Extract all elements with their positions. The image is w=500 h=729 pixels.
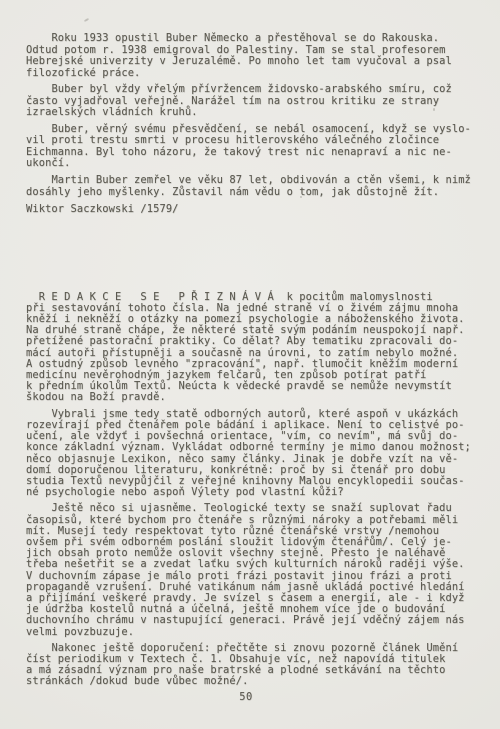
page-content: Roku 1933 opustil Buber Německo a přestě… (26, 33, 482, 693)
article-paragraph-buber-eichmann: Buber, věrný svému přesvědčení, se nebál… (26, 124, 482, 170)
page-number: 50 (0, 691, 492, 703)
article-paragraph-buber-peace: Buber byl vždy vřelým přívržencem židovs… (26, 84, 482, 119)
article-paragraph-buber-emigration: Roku 1933 opustil Buber Německo a přestě… (26, 33, 482, 79)
editorial-paragraph-recommendation: Nakonec ještě doporučení: přečtěte si zn… (26, 643, 482, 688)
editorial-paragraph-readers: Ještě něco si ujasněme. Teologické texty… (26, 503, 482, 637)
article-paragraph-buber-death: Martin Buber zemřel ve věku 87 let, obdi… (26, 175, 482, 198)
paper-speck (84, 18, 89, 22)
editorial-paragraph-heading: R E D A K C E S E P Ř I Z N Á V Á k poci… (26, 292, 482, 404)
scanned-document-page: Roku 1933 opustil Buber Německo a přestě… (0, 0, 500, 729)
editorial-paragraph-authors: Vybrali jsme tedy statě odborných autorů… (26, 409, 482, 499)
author-signature: Wiktor Saczkowski /1579/ (26, 204, 482, 216)
